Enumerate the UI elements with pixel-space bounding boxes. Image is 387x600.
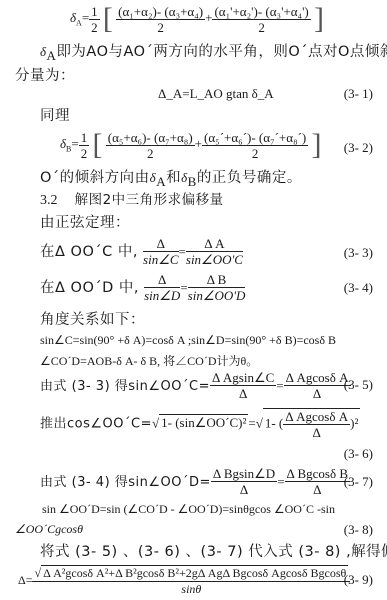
equation-3-6: 推出cos∠OO´C=√1- (sin∠OO´C)²=√1- (Δ Agcosδ… (40, 408, 360, 440)
fraction: Δ Bgcosδ BΔ (285, 466, 350, 497)
subscript: A (76, 19, 82, 28)
text-sine-law: 由正弦定理： (40, 211, 130, 232)
numerator: 1 (79, 130, 90, 146)
denominator: Δ (210, 386, 276, 401)
equation-number-3-6: (3- 6) (344, 446, 373, 462)
section-title: 解图2中三角形求偏移量 (75, 192, 224, 208)
fraction: Δ Bgsin∠DΔ (211, 466, 277, 497)
right-bracket: ] (312, 128, 322, 161)
subscript: A (156, 174, 166, 189)
denominator: sinθ (32, 582, 350, 597)
denominator: Δ (283, 425, 350, 440)
equation-3-3: 在Δ OO´C 中, Δsin∠C=Δ Asin∠OO'C (40, 236, 243, 267)
numerator: (α₅+α₆)- (α₇+α₈) (106, 130, 195, 146)
fraction: Δ Agcosδ AΔ (284, 370, 351, 401)
subscript: B (188, 174, 197, 189)
equation-3-7: 由式 (3- 4) 得sin∠OO´D=Δ Bgsin∠DΔ=Δ Bgcosδ … (40, 466, 350, 497)
text-part: 的正负号确定。 (197, 170, 302, 186)
denominator: sin∠D (144, 288, 180, 303)
numerator: √Δ A²gcosδ A²+Δ B²gcosδ B²+2gΔ AgΔ Bgcos… (32, 565, 350, 582)
fraction-half: 12 (89, 4, 100, 35)
paragraph-delta-a-def: δA即为AO与AO´两方向的水平角，则O´点对O点倾斜位移 (40, 40, 387, 64)
text-part: )² (350, 415, 358, 430)
fraction: Δ Agsin∠CΔ (210, 370, 276, 401)
equation-number-3-4: (3- 4) (344, 280, 373, 296)
denominator: 2 (202, 146, 308, 161)
equation-3-5: 由式 (3- 3) 得sin∠OO´C=Δ Agsin∠CΔ=Δ Agcosδ … (40, 370, 351, 401)
text-part: 1- ( (265, 415, 283, 430)
text-angle-relations: 角度关系如下： (40, 308, 145, 329)
fraction-term1: (α₅+α₆)- (α₇+α₈)2 (106, 130, 195, 161)
numerator: Δ Agsin∠C (210, 370, 276, 386)
text-sign-determination: O´的倾斜方向由δA和δB的正负号确定。 (40, 166, 302, 190)
equation-prefix: 推出cos∠OO´C= (40, 416, 152, 431)
equation-number-3-1: (3- 1) (344, 86, 373, 102)
numerator: Δ Agcosδ A (284, 370, 351, 386)
denominator: sin∠C (143, 252, 179, 267)
text-part: 和 (166, 170, 181, 186)
equation-number-3-2: (3- 2) (344, 140, 373, 156)
numerator: Δ (144, 272, 180, 288)
equation-prefix: 由式 (3- 4) 得sin∠OO´D= (40, 475, 211, 490)
denominator: Δ (285, 482, 350, 497)
paragraph-text: 即为AO与AO´两方向的水平角，则O´点对O点倾斜位移 (56, 44, 387, 60)
right-bracket: ] (314, 2, 324, 35)
left-bracket: [ (103, 2, 113, 35)
section-number: 3.2 (40, 193, 58, 208)
angle-relation-line1: sin∠C=sin(90° +δ A)=cosδ A ;sin∠D=sin(90… (40, 333, 336, 348)
numerator: Δ Bgcosδ B (285, 466, 350, 482)
fraction: Δ Asin∠OO'C (186, 236, 243, 267)
plus-sign: + (195, 136, 202, 151)
equation-lhs: Δ= (18, 573, 32, 587)
equation-expression: Δ_A=L_AO gtan δ_A (158, 86, 274, 101)
equation-3-4: 在Δ OO´D 中, Δsin∠D=Δ Bsin∠OO'D (40, 272, 245, 303)
paragraph-text-line2: 分量为： (15, 64, 75, 85)
equation-number-3-7: (3- 7) (344, 474, 373, 490)
left-bracket: [ (92, 128, 102, 161)
equation-prefix: 在Δ OO´D 中, (40, 280, 139, 296)
denominator: Δ (211, 482, 277, 497)
numerator: (α₁'+α₂')- (α₃'+α₄') (212, 4, 310, 20)
denominator: 2 (79, 146, 90, 161)
numerator: Δ B (188, 272, 246, 288)
equation-3-1: Δ_A=L_AO gtan δ_A (158, 86, 274, 102)
denominator: 2 (89, 20, 100, 35)
sqrt-content: 1- (Δ Agcosδ AΔ)² (263, 408, 361, 440)
equation-prefix: 由式 (3- 3) 得sin∠OO´C= (40, 379, 210, 394)
numerator: Δ Agcosδ A (283, 409, 350, 425)
numerator: Δ Bgsin∠D (211, 466, 277, 482)
fraction: Δ Bsin∠OO'D (188, 272, 246, 303)
fraction: Δ Agcosδ AΔ (283, 409, 350, 440)
sqrt-content: Δ A²gcosδ A²+Δ B²gcosδ B²+2gΔ AgΔ Bgcosδ… (41, 565, 348, 581)
numerator: Δ (143, 236, 179, 252)
equation-3-8-line2: ∠OO´Cgcosθ (15, 522, 83, 537)
equation-delta-b: δB=12 [ (α₅+α₆)- (α₇+α₈)2+(α₅´+α₆´)- (α₇… (60, 128, 322, 162)
denominator: sin∠OO'C (186, 252, 243, 267)
fraction-term2: (α₁'+α₂')- (α₃'+α₄')2 (212, 4, 310, 35)
text-substitute: 将式 (3- 5) 、(3- 6) 、(3- 7) 代入式 (3- 8) ,解得… (40, 540, 387, 561)
equation-number-3-3: (3- 3) (344, 245, 373, 261)
numerator: 1 (89, 4, 100, 20)
section-heading: 3.2 解图2中三角形求偏移量 (40, 188, 224, 209)
equation-3-8-line1: sin ∠OO´D=sin (∠CO´D - ∠OO´D)=sinθgcos ∠… (42, 502, 335, 517)
text-tongli: 同理 (40, 104, 70, 125)
numerator: Δ A (186, 236, 243, 252)
fraction-term1: (α₁+α₂)- (α₃+α₄)2 (116, 4, 205, 35)
equation-delta-a: δA=12 [ (α₁+α₂)- (α₃+α₄)2+(α₁'+α₂')- (α₃… (70, 2, 324, 36)
sqrt-content: 1- (sin∠OO´C)² (159, 414, 248, 431)
fraction-half: 12 (79, 130, 90, 161)
subscript: B (66, 145, 71, 154)
equation-number-3-5: (3- 5) (344, 377, 373, 393)
denominator: 2 (116, 20, 205, 35)
equation-3-9: Δ=√Δ A²gcosδ A²+Δ B²gcosδ B²+2gΔ AgΔ Bgc… (18, 565, 350, 597)
equation-number-3-8: (3- 8) (344, 522, 373, 538)
subscript: A (47, 48, 57, 63)
angle-relation-line2: ∠CO´D=AOB-δ A- δ B, 将∠CO´D计为θ。 (40, 352, 258, 369)
numerator: (α₅´+α₆´)- (α₇´+α₈´) (202, 130, 308, 146)
equation-number-3-9: (3- 9) (344, 572, 373, 588)
denominator: 2 (106, 146, 195, 161)
plus-sign: + (205, 10, 212, 25)
fraction: Δsin∠C (143, 236, 179, 267)
fraction: Δsin∠D (144, 272, 180, 303)
text-part: O´的倾斜方向由 (40, 170, 150, 186)
denominator: 2 (212, 20, 310, 35)
fraction-term2: (α₅´+α₆´)- (α₇´+α₈´)2 (202, 130, 308, 161)
equation-prefix: 在Δ OO´C 中, (40, 244, 138, 260)
fraction: √Δ A²gcosδ A²+Δ B²gcosδ B²+2gΔ AgΔ Bgcos… (32, 565, 350, 597)
numerator: (α₁+α₂)- (α₃+α₄) (116, 4, 205, 20)
denominator: Δ (284, 386, 351, 401)
denominator: sin∠OO'D (188, 288, 246, 303)
